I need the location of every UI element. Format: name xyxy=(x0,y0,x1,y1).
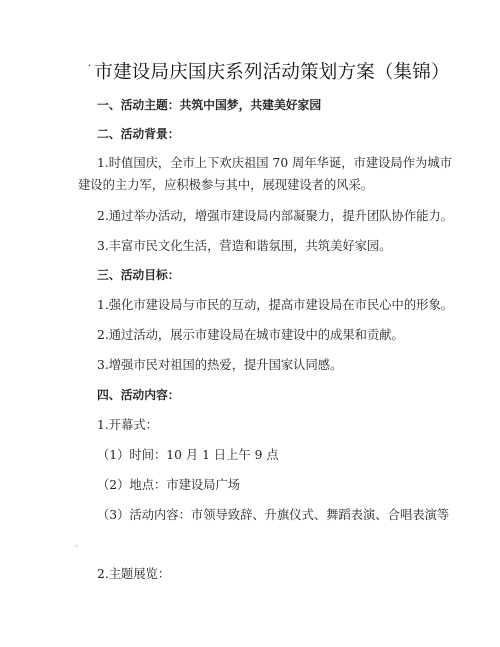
document-title-text: 市建设局庆国庆系列活动策划方案（集锦） xyxy=(94,62,449,83)
background-item-2: 2.通过举办活动，增强市建设局内部凝聚力，提升团队协作能力。 xyxy=(97,207,453,225)
content-opening-program: （3）活动内容：市领导致辞、升旗仪式、舞蹈表演、合唱表演等 xyxy=(97,506,449,524)
section-heading-goals: 三、活动目标： xyxy=(97,266,180,284)
content-opening-location: （2）地点：市建设局广场 xyxy=(97,476,240,494)
goals-item-3: 3.增强市民对祖国的热爱，提升国家认同感。 xyxy=(97,356,342,374)
background-item-1-line-1: 1.时值国庆，全市上下欢庆祖国 70 周年华诞，市建设局作为城市 xyxy=(97,154,452,172)
section-heading-background: 二、活动背景： xyxy=(97,125,180,143)
document-page: ·市建设局庆国庆系列活动策划方案（集锦） 一、活动主题：共筑中国梦，共建美好家园… xyxy=(0,0,500,647)
content-opening-program-trailing-mark: 。 xyxy=(75,538,83,549)
background-item-3: 3.丰富市民文化生活，营造和谐氛围，共筑美好家园。 xyxy=(97,237,392,255)
content-item-exhibition: 2.主题展览： xyxy=(97,565,170,583)
background-item-1-line-2: 建设的主力军，应积极参与其中，展现建设者的风采。 xyxy=(78,176,373,194)
content-opening-time: （1）时间：10 月 1 日上午 9 点 xyxy=(97,446,279,464)
section-heading-theme: 一、活动主题：共筑中国梦，共建美好家园 xyxy=(97,96,321,114)
content-item-opening: 1.开幕式： xyxy=(97,416,158,434)
goals-item-1: 1.强化市建设局与市民的互动，提高市建设局在市民心中的形象。 xyxy=(97,296,453,314)
document-title: ·市建设局庆国庆系列活动策划方案（集锦） xyxy=(88,60,428,86)
section-heading-content: 四、活动内容： xyxy=(97,386,180,404)
goals-item-2: 2.通过活动，展示市建设局在城市建设中的成果和贡献。 xyxy=(97,326,404,344)
title-bullet-mark: · xyxy=(88,60,91,74)
